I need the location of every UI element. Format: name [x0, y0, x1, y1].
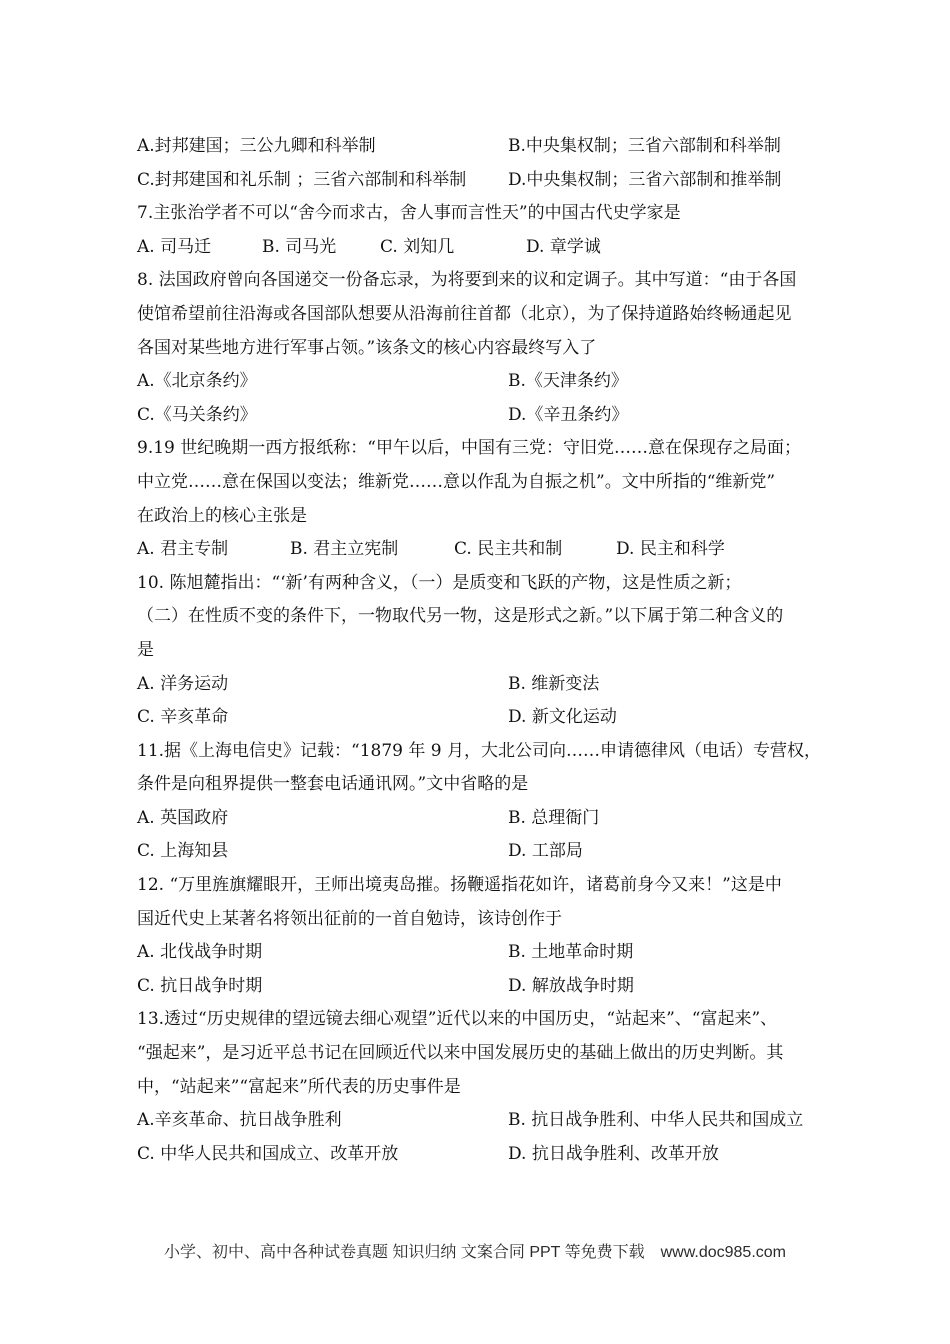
q12-option-b: B. 土地革命时期 [508, 942, 633, 962]
q9-option-b: B. 君主立宪制 [290, 533, 454, 567]
q9-stem-line3: 在政治上的核心主张是 [137, 500, 817, 534]
q9-stem-line2: 中立党……意在保国以变法；维新党……意以作乱为自振之机”。文中所指的“维新党” [137, 466, 817, 500]
q9-options-row: A. 君主专制B. 君主立宪制C. 民主共和制D. 民主和科学 [137, 533, 817, 567]
q11-stem-line1: 11.据《上海电信史》记载：“1879 年 9 月，大北公司向……申请德律风（电… [137, 735, 817, 769]
q7-option-d: D. 章学诚 [526, 237, 601, 257]
q7-option-a: A. 司马迁 [137, 231, 262, 265]
q6-option-c: C.封邦建国和礼乐制 ；三省六部制和科举制 [137, 164, 508, 198]
q8-option-d: D.《辛丑条约》 [508, 405, 628, 425]
q9-option-a: A. 君主专制 [137, 533, 290, 567]
q13-stem-line3: 中，“站起来”“富起来”所代表的历史事件是 [137, 1071, 817, 1105]
q10-option-c: C. 辛亥革命 [137, 701, 508, 735]
q12-option-a: A. 北伐战争时期 [137, 936, 508, 970]
q10-options-ab-row: A. 洋务运动B. 维新变法 [137, 668, 817, 702]
q8-stem-line2: 使馆希望前往沿海或各国部队想要从沿海前往首都（北京），为了保持道路始终畅通起见 [137, 298, 817, 332]
q8-options-cd-row: C.《马关条约》D.《辛丑条约》 [137, 399, 817, 433]
q12-options-ab-row: A. 北伐战争时期B. 土地革命时期 [137, 936, 817, 970]
q8-option-a: A.《北京条约》 [137, 365, 508, 399]
q10-stem-line1: 10. 陈旭麓指出：“‘新’有两种含义，（一）是质变和飞跃的产物，这是性质之新； [137, 567, 817, 601]
q8-stem-line3: 各国对某些地方进行军事占领。”该条文的核心内容最终写入了 [137, 332, 817, 366]
q13-options-cd-row: C. 中华人民共和国成立、改革开放D. 抗日战争胜利、改革开放 [137, 1138, 817, 1172]
q13-stem-line1: 13.透过“历史规律的望远镜去细心观望”近代以来的中国历史，“站起来”、“富起来… [137, 1003, 817, 1037]
q11-stem-line2: 条件是向租界提供一整套电话通讯网。”文中省略的是 [137, 768, 817, 802]
q12-options-cd-row: C. 抗日战争时期D. 解放战争时期 [137, 970, 817, 1004]
q8-option-c: C.《马关条约》 [137, 399, 508, 433]
q12-option-c: C. 抗日战争时期 [137, 970, 508, 1004]
q11-option-d: D. 工部局 [508, 841, 583, 861]
q7-options-row: A. 司马迁B. 司马光C. 刘知几D. 章学诚 [137, 231, 817, 265]
q10-stem-line2: （二）在性质不变的条件下，一物取代另一物，这是形式之新。”以下属于第二种含义的 [137, 600, 817, 634]
q13-option-a: A.辛亥革命、抗日战争胜利 [137, 1104, 508, 1138]
q6-options-ab-row: A.封邦建国；三公九卿和科举制B.中央集权制；三省六部制和科举制 [137, 130, 817, 164]
q11-option-c: C. 上海知县 [137, 835, 508, 869]
q6-options-cd-row: C.封邦建国和礼乐制 ；三省六部制和科举制D.中央集权制；三省六部制和推举制 [137, 164, 817, 198]
q7-option-c: C. 刘知几 [380, 231, 526, 265]
q7-stem: 7.主张治学者不可以“舍今而求古，舍人事而言性天”的中国古代史学家是 [137, 197, 817, 231]
q11-options-ab-row: A. 英国政府B. 总理衙门 [137, 802, 817, 836]
q13-stem-line2: “强起来”，是习近平总书记在回顾近代以来中国发展历史的基础上做出的历史判断。其 [137, 1037, 817, 1071]
q13-option-b: B. 抗日战争胜利、中华人民共和国成立 [508, 1110, 803, 1130]
q13-option-d: D. 抗日战争胜利、改革开放 [508, 1144, 719, 1164]
q10-option-d: D. 新文化运动 [508, 707, 617, 727]
q10-stem-line3: 是 [137, 634, 817, 668]
q12-stem-line1: 12. “万里旌旗耀眼开，王师出境夷岛摧。扬鞭遥指花如许，诸葛前身今又来！”这是… [137, 869, 817, 903]
q9-stem-line1: 9.19 世纪晚期一西方报纸称：“甲午以后，中国有三党：守旧党……意在保现存之局… [137, 432, 817, 466]
q11-option-b: B. 总理衙门 [508, 808, 599, 828]
q8-options-ab-row: A.《北京条约》B.《天津条约》 [137, 365, 817, 399]
q13-options-ab-row: A.辛亥革命、抗日战争胜利B. 抗日战争胜利、中华人民共和国成立 [137, 1104, 817, 1138]
q10-option-b: B. 维新变法 [508, 674, 599, 694]
q7-option-b: B. 司马光 [262, 231, 380, 265]
q11-options-cd-row: C. 上海知县D. 工部局 [137, 835, 817, 869]
q12-stem-line2: 国近代史上某著名将领出征前的一首自勉诗，该诗创作于 [137, 903, 817, 937]
q12-option-d: D. 解放战争时期 [508, 976, 634, 996]
footer-url: www.doc985.com [661, 1244, 786, 1261]
q10-option-a: A. 洋务运动 [137, 668, 508, 702]
q9-option-c: C. 民主共和制 [454, 533, 616, 567]
q6-option-d: D.中央集权制；三省六部制和推举制 [508, 170, 781, 190]
exam-content: A.封邦建国；三公九卿和科举制B.中央集权制；三省六部制和科举制 C.封邦建国和… [137, 130, 817, 1171]
q9-option-d: D. 民主和科学 [616, 539, 725, 559]
q8-stem-line1: 8. 法国政府曾向各国递交一份备忘录，为将要到来的议和定调子。其中写道：“由于各… [137, 264, 817, 298]
q13-option-c: C. 中华人民共和国成立、改革开放 [137, 1138, 508, 1172]
footer-text: 小学、初中、高中各种试卷真题 知识归纳 文案合同 PPT 等免费下载 [164, 1244, 645, 1261]
q8-option-b: B.《天津条约》 [508, 371, 628, 391]
document-page: A.封邦建国；三公九卿和科举制B.中央集权制；三省六部制和科举制 C.封邦建国和… [0, 0, 950, 1344]
q11-option-a: A. 英国政府 [137, 802, 508, 836]
q6-option-b: B.中央集权制；三省六部制和科举制 [508, 136, 781, 156]
q10-options-cd-row: C. 辛亥革命D. 新文化运动 [137, 701, 817, 735]
q6-option-a: A.封邦建国；三公九卿和科举制 [137, 130, 508, 164]
page-footer: 小学、初中、高中各种试卷真题 知识归纳 文案合同 PPT 等免费下载www.do… [0, 1240, 950, 1266]
